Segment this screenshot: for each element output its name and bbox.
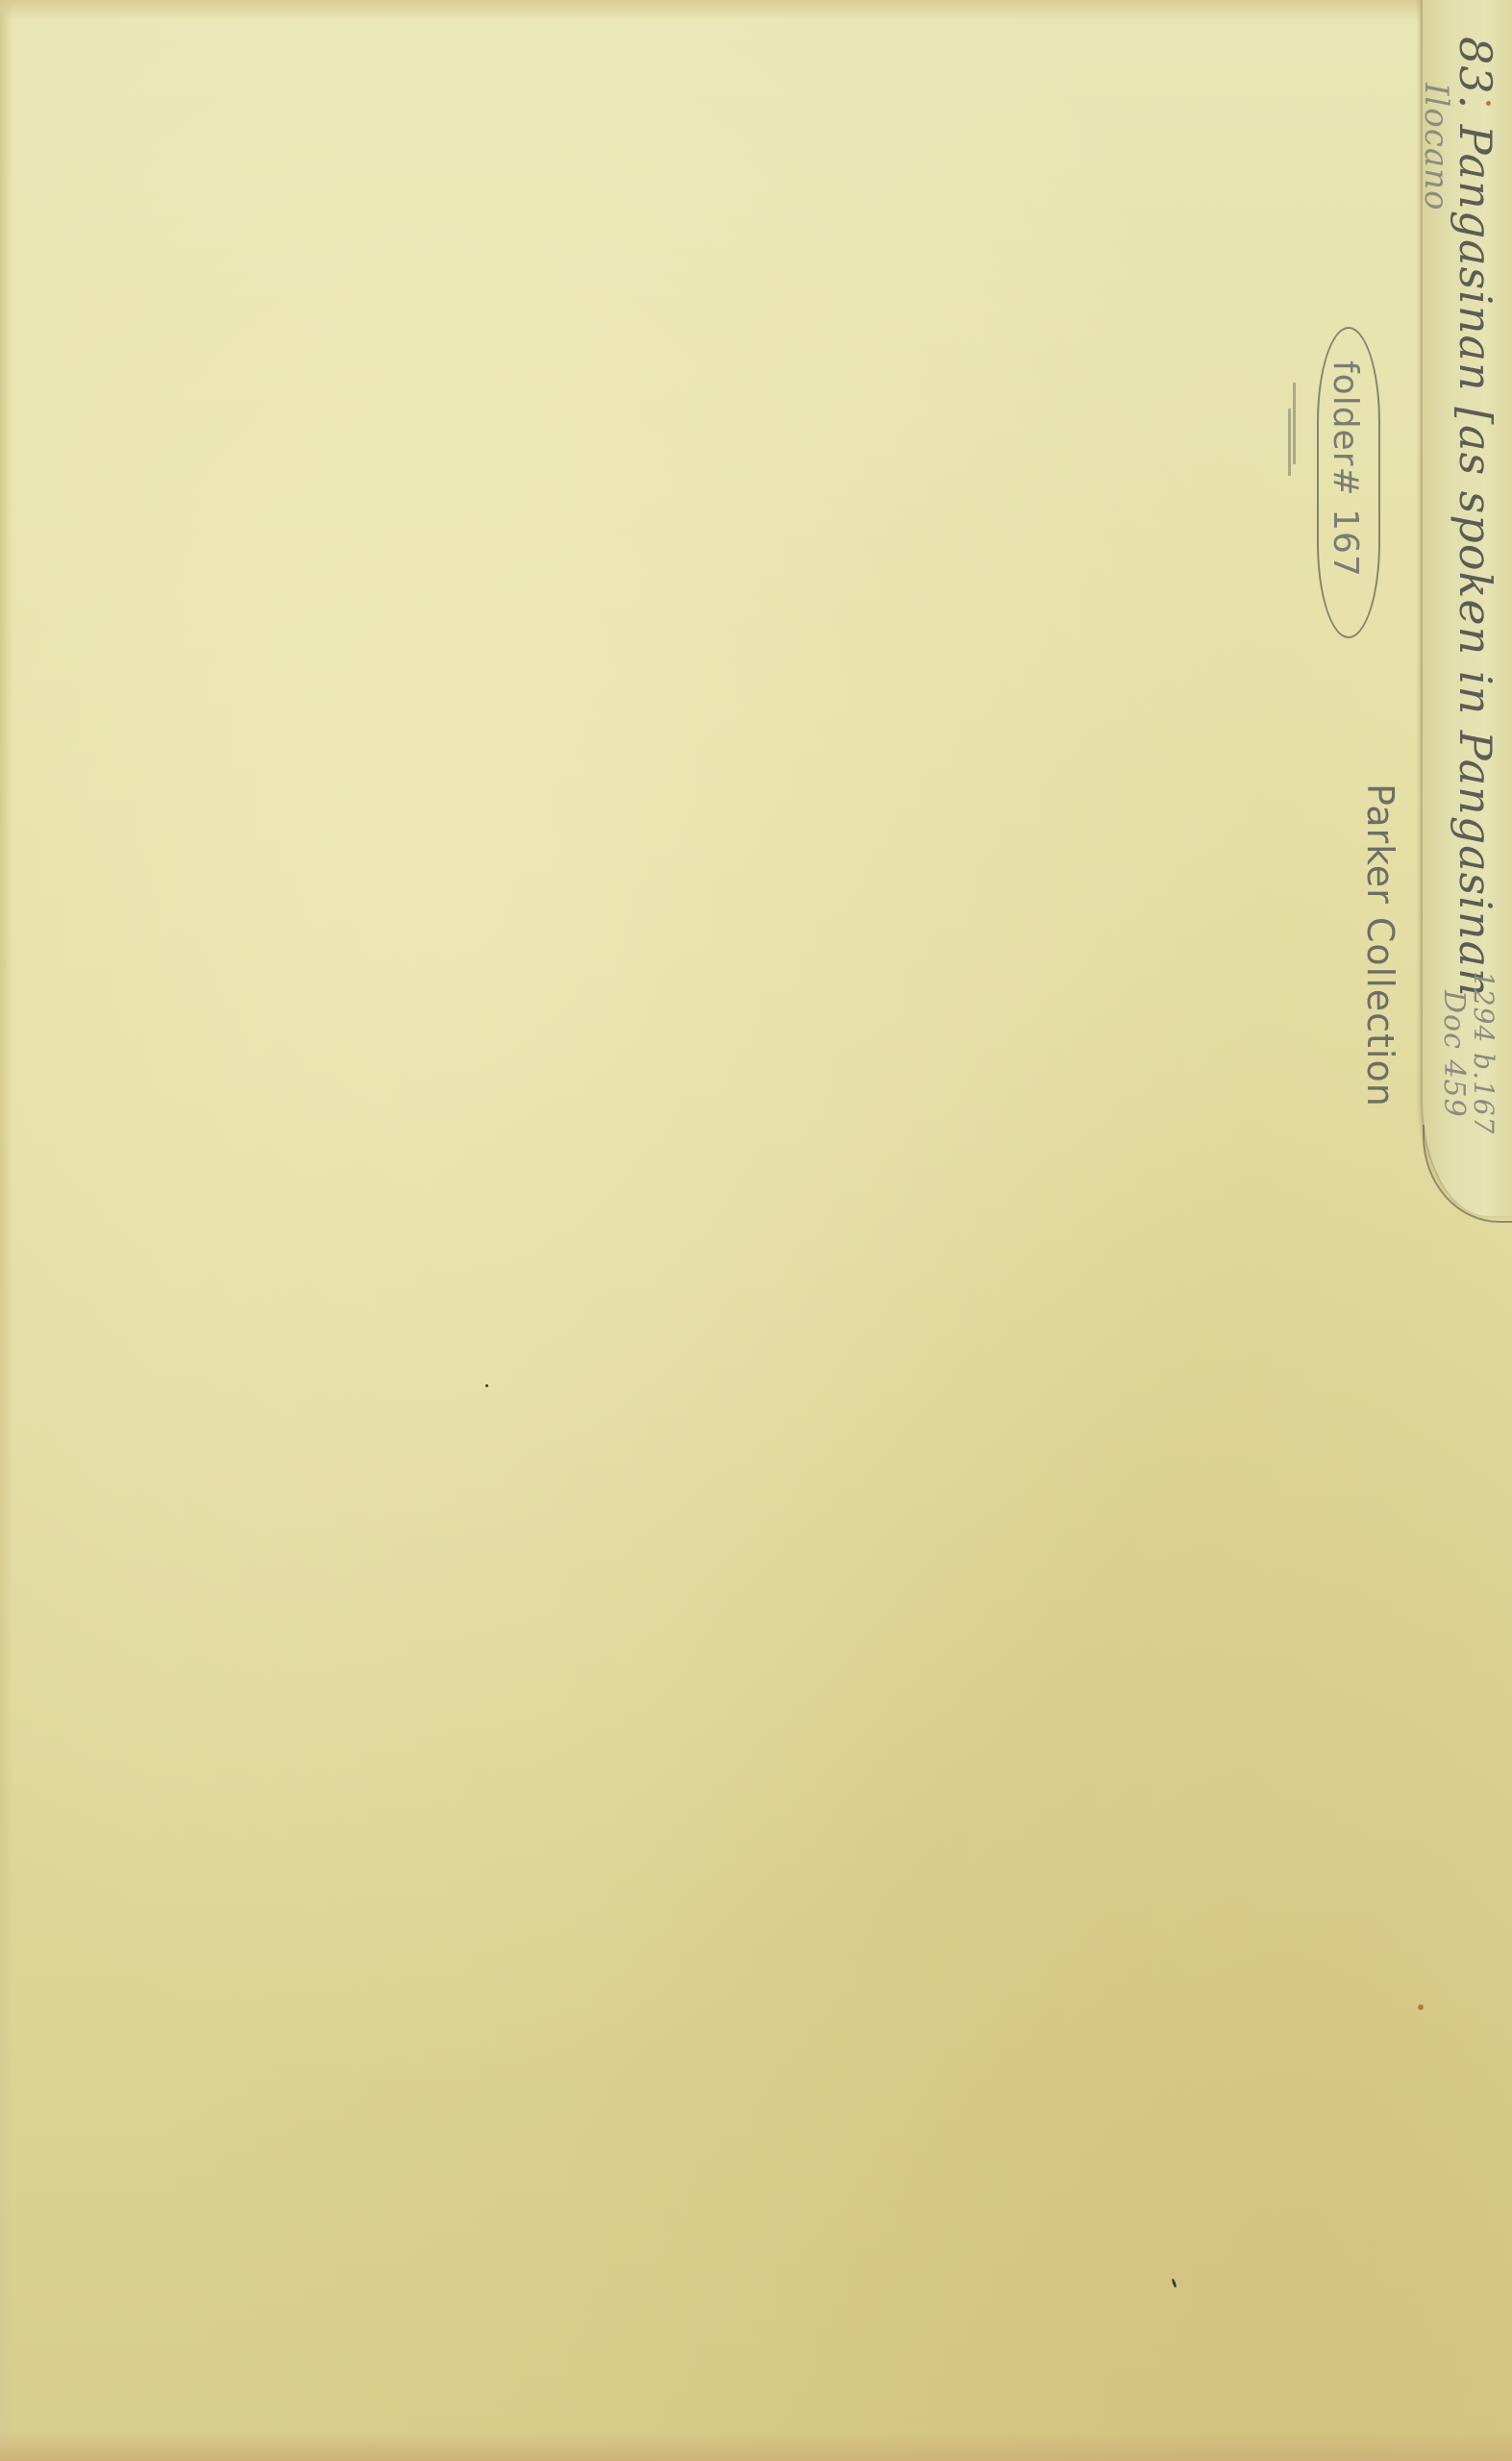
foxing-spot [1486, 101, 1491, 106]
ink-speck [1171, 2278, 1177, 2288]
foxing-spot [1418, 2004, 1424, 2010]
collection-note: Parker Collection [1359, 783, 1401, 1107]
page-top-edge [0, 0, 1512, 21]
entry-number: 83. [1450, 37, 1501, 110]
folder-label: folder# 167 [1326, 360, 1365, 578]
ink-speck [485, 1384, 488, 1387]
tab-title: 83. Pangasinan [as spoken in Pangasinan [1450, 37, 1501, 998]
page-bottom-edge [0, 2432, 1512, 2461]
folder-tab-curved-end [1423, 1125, 1512, 1223]
double-underline-mark [1293, 383, 1296, 464]
doc-number: Doc 459 [1437, 990, 1471, 1118]
page-left-edge [0, 0, 13, 2461]
call-number: 1294 b.167 [1468, 971, 1500, 1134]
folder-cover-page: 83. Pangasinan [as spoken in Pangasinan … [0, 0, 1512, 2461]
tab-subtitle: Ilocano [1417, 83, 1455, 211]
double-underline-mark [1288, 409, 1291, 476]
language-title: Pangasinan [as spoken in Pangasinan [1450, 125, 1501, 998]
